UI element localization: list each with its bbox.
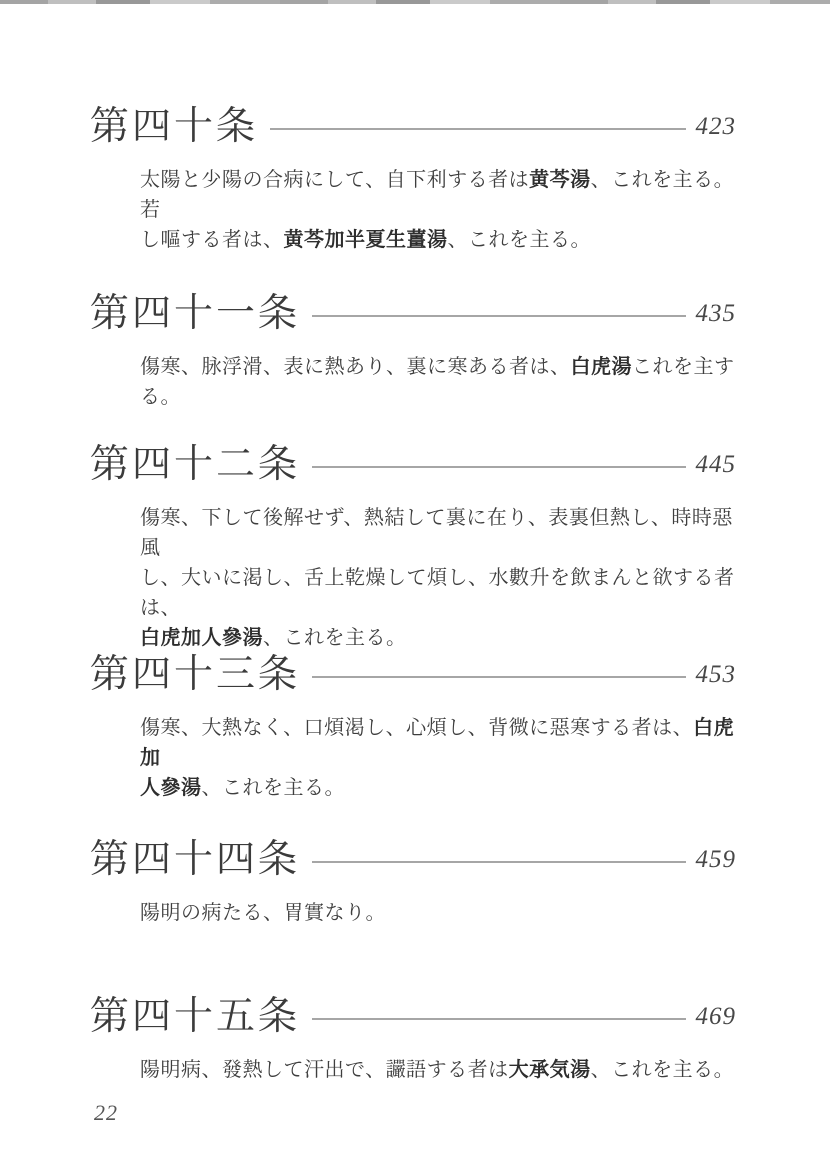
entry-heading-row: 第四十二条 445 — [90, 444, 736, 487]
page-number-footer: 22 — [94, 1100, 118, 1126]
body-text: 陽明病、發熱して汗出で、讝語する者は — [140, 1059, 509, 1081]
entry-heading-row: 第四十条 423 — [90, 106, 736, 149]
entry-heading: 第四十五条 — [90, 996, 300, 1039]
entry-page-number: 435 — [696, 300, 737, 328]
toc-entry: 第四十三条 453 傷寒、大熱なく、口煩渇し、心煩し、背微に惡寒する者は、白虎加… — [90, 654, 736, 803]
formula-name: 黄芩湯 — [529, 169, 591, 191]
entry-page-number: 469 — [696, 1003, 737, 1031]
entry-heading: 第四十条 — [90, 106, 258, 149]
leader-line — [312, 861, 685, 863]
body-text: 傷寒、大熱なく、口煩渇し、心煩し、背微に惡寒する者は、 — [140, 717, 693, 739]
entry-page-number: 423 — [696, 113, 737, 141]
entry-body: 傷寒、大熱なく、口煩渇し、心煩し、背微に惡寒する者は、白虎加人參湯、これを主る。 — [140, 713, 736, 803]
formula-name: 黄芩加半夏生薑湯 — [284, 229, 448, 251]
leader-line — [312, 676, 685, 678]
entry-heading: 第四十四条 — [90, 839, 300, 882]
leader-line — [270, 128, 685, 130]
leader-line — [312, 466, 685, 468]
entry-body: 陽明の病たる、胃實なり。 — [140, 898, 736, 928]
entry-body: 傷寒、下して後解せず、熱結して裏に在り、表裏但熱し、時時惡風し、大いに渇し、舌上… — [140, 503, 736, 653]
body-text: 、これを主る。 — [263, 627, 407, 649]
toc-entry: 第四十一条 435 傷寒、脉浮滑、表に熱あり、裏に寒ある者は、白虎湯これを主する… — [90, 293, 736, 412]
toc-entries: 第四十条 423 太陽と少陽の合病にして、自下利する者は黄芩湯、これを主る。若し… — [0, 0, 830, 1174]
entry-body: 陽明病、發熱して汗出で、讝語する者は大承気湯、これを主る。 — [140, 1055, 736, 1085]
entry-body: 傷寒、脉浮滑、表に熱あり、裏に寒ある者は、白虎湯これを主する。 — [140, 352, 736, 412]
body-text: し嘔する者は、 — [140, 229, 284, 251]
formula-name: 白虎加人參湯 — [140, 627, 263, 649]
body-text: 傷寒、下して後解せず、熱結して裏に在り、表裏但熱し、時時惡風 — [140, 507, 733, 559]
entry-heading-row: 第四十四条 459 — [90, 839, 736, 882]
entry-body: 太陽と少陽の合病にして、自下利する者は黄芩湯、これを主る。若し嘔する者は、黄芩加… — [140, 165, 736, 255]
leader-line — [312, 315, 685, 317]
entry-heading: 第四十三条 — [90, 654, 300, 697]
scanned-book-page: 第四十条 423 太陽と少陽の合病にして、自下利する者は黄芩湯、これを主る。若し… — [0, 0, 830, 1174]
toc-entry: 第四十二条 445 傷寒、下して後解せず、熱結して裏に在り、表裏但熱し、時時惡風… — [90, 444, 736, 653]
toc-entry: 第四十四条 459 陽明の病たる、胃實なり。 — [90, 839, 736, 928]
entry-heading: 第四十一条 — [90, 293, 300, 336]
entry-heading-row: 第四十五条 469 — [90, 996, 736, 1039]
entry-page-number: 459 — [696, 846, 737, 874]
body-text: 傷寒、脉浮滑、表に熱あり、裏に寒ある者は、 — [140, 356, 571, 378]
entry-heading-row: 第四十一条 435 — [90, 293, 736, 336]
body-text: 、これを主る。 — [591, 1059, 735, 1081]
formula-name: 大承気湯 — [509, 1059, 591, 1081]
body-text: し、大いに渇し、舌上乾燥して煩し、水數升を飲まんと欲する者は、 — [140, 567, 735, 619]
body-text: 太陽と少陽の合病にして、自下利する者は — [140, 169, 529, 191]
entry-heading-row: 第四十三条 453 — [90, 654, 736, 697]
body-text: 、これを主る。 — [448, 229, 592, 251]
entry-heading: 第四十二条 — [90, 444, 300, 487]
body-text: 陽明の病たる、胃實なり。 — [140, 902, 386, 924]
body-text: 、これを主る。 — [202, 777, 346, 799]
entry-page-number: 453 — [696, 661, 737, 689]
leader-line — [312, 1018, 685, 1020]
formula-name: 人參湯 — [140, 777, 202, 799]
entry-page-number: 445 — [696, 451, 737, 479]
toc-entry: 第四十条 423 太陽と少陽の合病にして、自下利する者は黄芩湯、これを主る。若し… — [90, 106, 736, 255]
formula-name: 白虎湯 — [571, 356, 633, 378]
toc-entry: 第四十五条 469 陽明病、發熱して汗出で、讝語する者は大承気湯、これを主る。 — [90, 996, 736, 1085]
